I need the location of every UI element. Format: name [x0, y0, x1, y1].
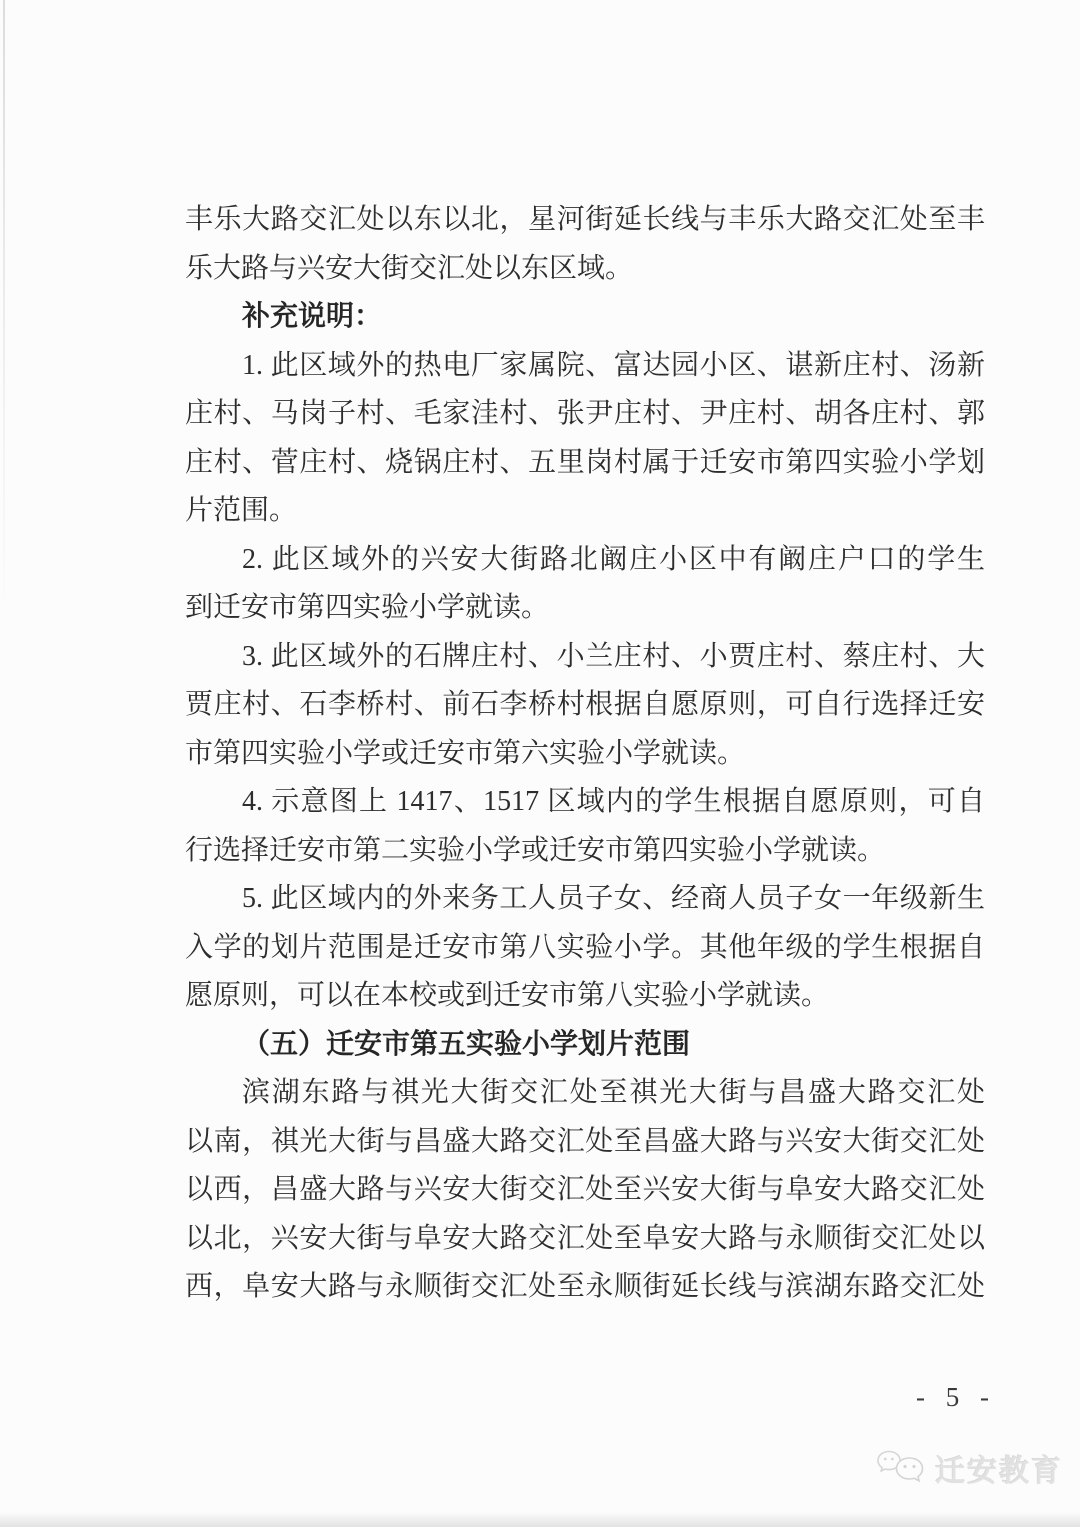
document-line: 片范围。 [185, 487, 985, 536]
document-line: 以南，祺光大街与昌盛大路交汇处至昌盛大路与兴安大街交汇处 [185, 1118, 985, 1167]
document-line: 2. 此区域外的兴安大街路北阚庄小区中有阚庄户口的学生 [185, 536, 985, 585]
document-line: 贾庄村、石李桥村、前石李桥村根据自愿原则，可自行选择迁安 [185, 681, 985, 730]
document-line: 5. 此区域内的外来务工人员子女、经商人员子女一年级新生 [185, 875, 985, 924]
document-line: 补充说明： [185, 293, 985, 342]
document-page: 丰乐大路交汇处以东以北，星河街延长线与丰乐大路交汇处至丰乐大路与兴安大街交汇处以… [0, 0, 1080, 1527]
document-line: 滨湖东路与祺光大街交汇处至祺光大街与昌盛大路交汇处 [185, 1069, 985, 1118]
document-line: 3. 此区域外的石牌庄村、小兰庄村、小贾庄村、蔡庄村、大 [185, 633, 985, 682]
document-line: （五）迁安市第五实验小学划片范围 [185, 1021, 985, 1070]
document-line: 行选择迁安市第二实验小学或迁安市第四实验小学就读。 [185, 827, 985, 876]
page-number: - 5 - [916, 1382, 996, 1413]
document-line: 1. 此区域外的热电厂家属院、富达园小区、谌新庄村、汤新 [185, 342, 985, 391]
document-line: 到迁安市第四实验小学就读。 [185, 584, 985, 633]
watermark-text: 迁安教育 [935, 1446, 1063, 1490]
wechat-chat-bubbles-icon [876, 1449, 928, 1487]
document-line: 以北，兴安大街与阜安大路交汇处至阜安大路与永顺街交汇处以 [185, 1215, 985, 1264]
document-line: 庄村、马岗子村、毛家洼村、张尹庄村、尹庄村、胡各庄村、郭 [185, 390, 985, 439]
scan-edge-bottom [0, 1512, 1080, 1527]
document-line: 以西，昌盛大路与兴安大街交汇处至兴安大街与阜安大路交汇处 [185, 1166, 985, 1215]
document-line: 4. 示意图上 1417、1517 区域内的学生根据自愿原则，可自 [185, 778, 985, 827]
document-line: 愿原则，可以在本校或到迁安市第八实验小学就读。 [185, 972, 985, 1021]
scan-edge-left [3, 0, 5, 620]
document-line: 乐大路与兴安大街交汇处以东区域。 [185, 245, 985, 294]
document-body: 丰乐大路交汇处以东以北，星河街延长线与丰乐大路交汇处至丰乐大路与兴安大街交汇处以… [185, 196, 985, 1312]
document-line: 入学的划片范围是迁安市第八实验小学。其他年级的学生根据自 [185, 924, 985, 973]
document-line: 市第四实验小学或迁安市第六实验小学就读。 [185, 730, 985, 779]
document-line: 庄村、菅庄村、烧锅庄村、五里岗村属于迁安市第四实验小学划 [185, 439, 985, 488]
watermark: 迁安教育 [876, 1446, 1063, 1490]
document-line: 丰乐大路交汇处以东以北，星河街延长线与丰乐大路交汇处至丰 [185, 196, 985, 245]
document-line: 西，阜安大路与永顺街交汇处至永顺街延长线与滨湖东路交汇处 [185, 1263, 985, 1312]
